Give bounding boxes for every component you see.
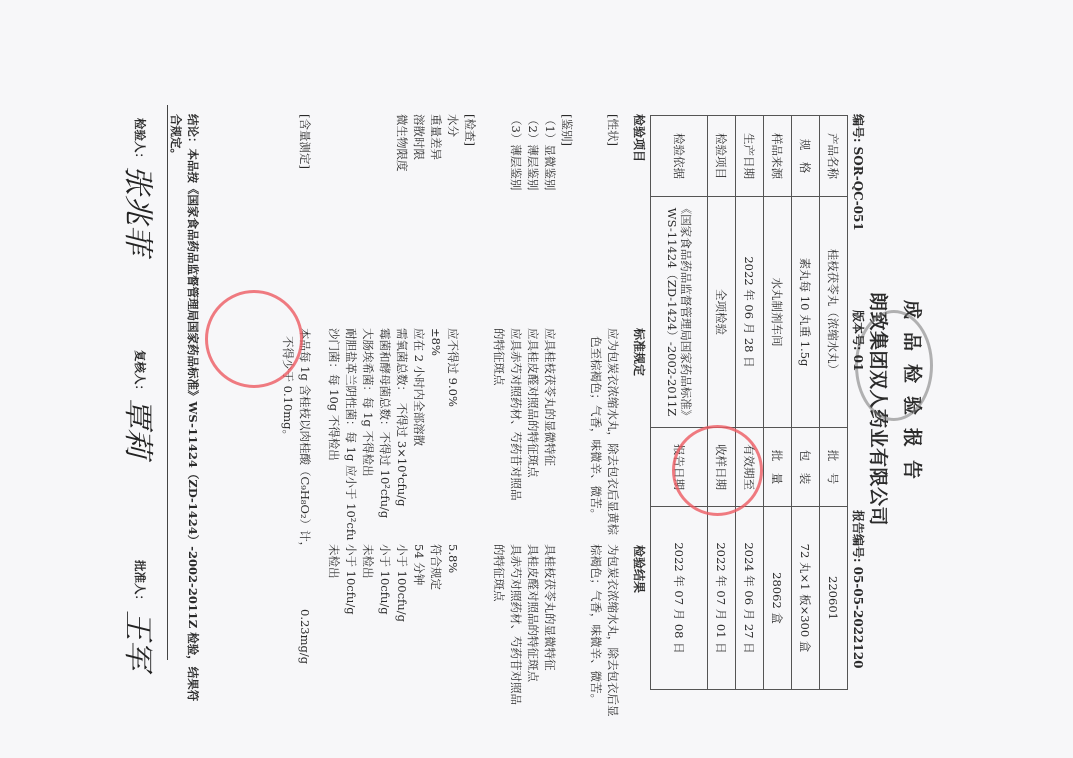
info-value: 28062 盒 [764, 507, 792, 690]
standard-text: 沙门菌：每 10g 不得检出 [325, 328, 342, 461]
info-label: 产品名称 [820, 116, 848, 197]
result-text: 5.8% [444, 544, 461, 573]
standard-text: 应具赤芍对照药材、芍药苷对照品 [507, 328, 524, 501]
info-table-row: 检验项目全项检验收样日期2022 年 07 月 01 日 [708, 116, 736, 690]
item-name: （2）薄层鉴别 [524, 114, 541, 190]
info-table-row: 检验依据《国家食品药品监督管理局国家药品标准》WS-11424（ZD-1424）… [651, 116, 708, 690]
result-text: 54 分钟 [410, 544, 427, 585]
info-value: 《国家食品药品监督管理局国家药品标准》WS-11424（ZD-1424）-200… [651, 197, 708, 428]
info-value: 2022 年 07 月 01 日 [708, 507, 736, 690]
item-name: 微生物限度 [393, 114, 410, 172]
conclusion: 结论：本品按《国家食品药品监督管理局国家药品标准》WS-11424（ZD-142… [184, 114, 201, 701]
standard-text: 应具桂枝茯苓丸的显微特征 [541, 328, 558, 466]
info-value: 全项检验 [708, 197, 736, 428]
standard-text: 霉菌和酵母菌总数：不得过 10²cfu/g [376, 328, 393, 518]
qc-seal-1-stamp [672, 425, 763, 516]
info-value: 72 丸×1 板×300 盒 [792, 507, 820, 690]
report-number-label: 报告编号: [851, 510, 865, 562]
result-text: 小于 10cfu/g [342, 544, 359, 615]
info-value: 2024 年 06 月 27 日 [736, 507, 764, 690]
result-text: 小于 100cfu/g [393, 544, 410, 622]
qc-seal-2-stamp [205, 290, 303, 388]
doc-code-value: SOR-QC-051 [851, 147, 865, 231]
inspector-label: 检验人： [131, 118, 148, 164]
standard-text: 应在 2 小时内全部溶散 [410, 328, 427, 446]
standard-text: 本品每 1g 含桂枝以肉桂酸（C₉H₈O₂）计， [296, 328, 313, 553]
conclusion-divider [167, 105, 168, 660]
section-title: [鉴别] [558, 114, 575, 146]
standard-text: 应为包炭衣浓缩水丸，除去包衣后显黄棕 [604, 328, 621, 535]
reviewer-signature: 覃莉 [119, 398, 163, 458]
item-name: 溶散时限 [410, 114, 427, 160]
result-text: 具桂皮醛对照品的特征斑点 [524, 544, 541, 682]
col-header-item: 检验项目 [631, 114, 648, 162]
info-value: 水丸制剂车间 [764, 197, 792, 428]
conclusion-label: 结论： [186, 114, 200, 149]
product-info-table: 产品名称桂枝茯苓丸（浓缩水丸）批 号220601规 格素丸每 10 丸重 1.5… [650, 115, 848, 690]
section-title: [性状] [604, 114, 621, 146]
info-label: 样品来源 [764, 116, 792, 197]
standard-text: 应不得过 9.0% [444, 328, 461, 407]
item-name: （3）薄层鉴别 [507, 114, 524, 190]
conclusion-text-line1: 本品按《国家食品药品监督管理局国家药品标准》WS-11424（ZD-1424）-… [186, 149, 200, 702]
reviewer-label: 复核人： [131, 350, 148, 396]
result-text: 具桂枝茯苓丸的显微特征 [541, 544, 558, 671]
result-text: 符合规定 [427, 544, 444, 590]
standard-text: 色至棕褐色；气香，味微辛、微苦。 [587, 336, 604, 520]
result-text: 棕褐色；气香，味微辛、微苦。 [587, 544, 604, 705]
doc-code-label: 编号: [851, 114, 865, 142]
standard-text: 耐胆盐革兰阴性菌：每 1g 应小于 10²cfu [342, 328, 359, 541]
info-label: 包 装 [792, 428, 820, 507]
doc-code: 编号: SOR-QC-051 [850, 114, 867, 231]
inspector-signature: 张兆菲 [119, 165, 163, 255]
info-table-row: 样品来源水丸制剂车间批 量28062 盒 [764, 116, 792, 690]
info-value: 2022 年 06 月 28 日 [736, 197, 764, 428]
result-text: 为包炭衣浓缩水丸，除去包衣后显 [604, 544, 621, 717]
item-name: 重量差异 [427, 114, 444, 160]
item-name: （1）显微鉴别 [541, 114, 558, 190]
item-name: 水分 [444, 114, 461, 137]
section-title: [检查] [461, 114, 478, 146]
inspection-report-page: 朗致集团双人药业有限公司 成品检验报告 编号: SOR-QC-051 版本号: … [0, 0, 1073, 758]
info-value: 2022 年 07 月 08 日 [651, 507, 708, 690]
result-text: 的特征斑点 [490, 544, 507, 602]
approver-signature: 王军 [119, 610, 163, 670]
result-text: 具赤芍对照药材、芍药苷对照品 [507, 544, 524, 705]
standard-text: 的特征斑点 [490, 328, 507, 386]
report-number: 报告编号: 05-05-2022120 [850, 510, 867, 668]
col-header-standard: 标准规定 [631, 328, 648, 376]
standard-text: 需氧菌总数： 不得过 3×10⁴cfu/g [393, 328, 410, 506]
version-value: 01 [851, 355, 865, 372]
result-text: 小于 10cfu/g [376, 544, 393, 615]
version-label: 版本号: [851, 310, 865, 350]
standard-text: 应具桂皮醛对照品的特征斑点 [524, 328, 541, 478]
report-number-value: 05-05-2022120 [851, 567, 865, 669]
info-value: 素丸每 10 丸重 1.5g [792, 197, 820, 428]
approver-label: 批准人： [131, 560, 148, 606]
standard-text: 大肠埃希菌：每 1g 不得检出 [359, 328, 376, 477]
info-label: 批 量 [764, 428, 792, 507]
info-table-row: 产品名称桂枝茯苓丸（浓缩水丸）批 号220601 [820, 116, 848, 690]
info-value: 220601 [820, 507, 848, 690]
result-text: 未检出 [325, 544, 342, 579]
info-label: 检验依据 [651, 116, 708, 197]
info-label: 检验项目 [708, 116, 736, 197]
info-label: 规 格 [792, 116, 820, 197]
info-label: 批 号 [820, 428, 848, 507]
info-table-row: 规 格素丸每 10 丸重 1.5g包 装72 丸×1 板×300 盒 [792, 116, 820, 690]
info-value: 桂枝茯苓丸（浓缩水丸） [820, 197, 848, 428]
section-title: [含量测定] [296, 114, 313, 169]
conclusion-text-line2: 合规定。 [167, 114, 184, 160]
col-header-result: 检验结果 [631, 545, 648, 593]
version: 版本号: 01 [850, 310, 867, 371]
result-text: 0.23mg/g [296, 609, 313, 664]
result-text: 未检出 [359, 544, 376, 579]
standard-text: ±8% [427, 328, 444, 356]
info-label: 生产日期 [736, 116, 764, 197]
info-table-row: 生产日期2022 年 06 月 28 日有效期至2024 年 06 月 27 日 [736, 116, 764, 690]
